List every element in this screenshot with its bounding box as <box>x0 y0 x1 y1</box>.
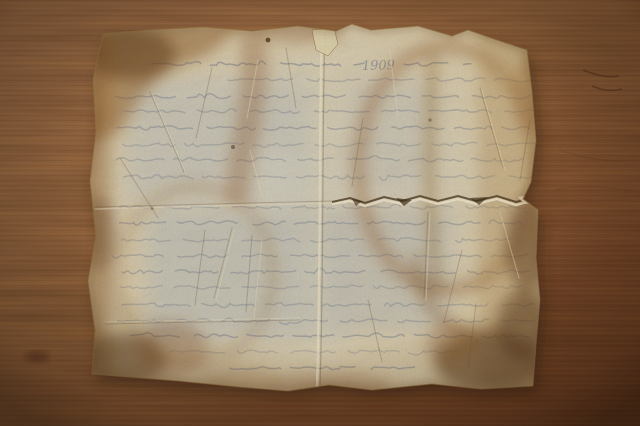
photo-of-old-letter: 1909 <box>0 0 640 426</box>
photo-vignette <box>0 0 640 426</box>
photo-canvas: 1909 <box>0 0 640 426</box>
